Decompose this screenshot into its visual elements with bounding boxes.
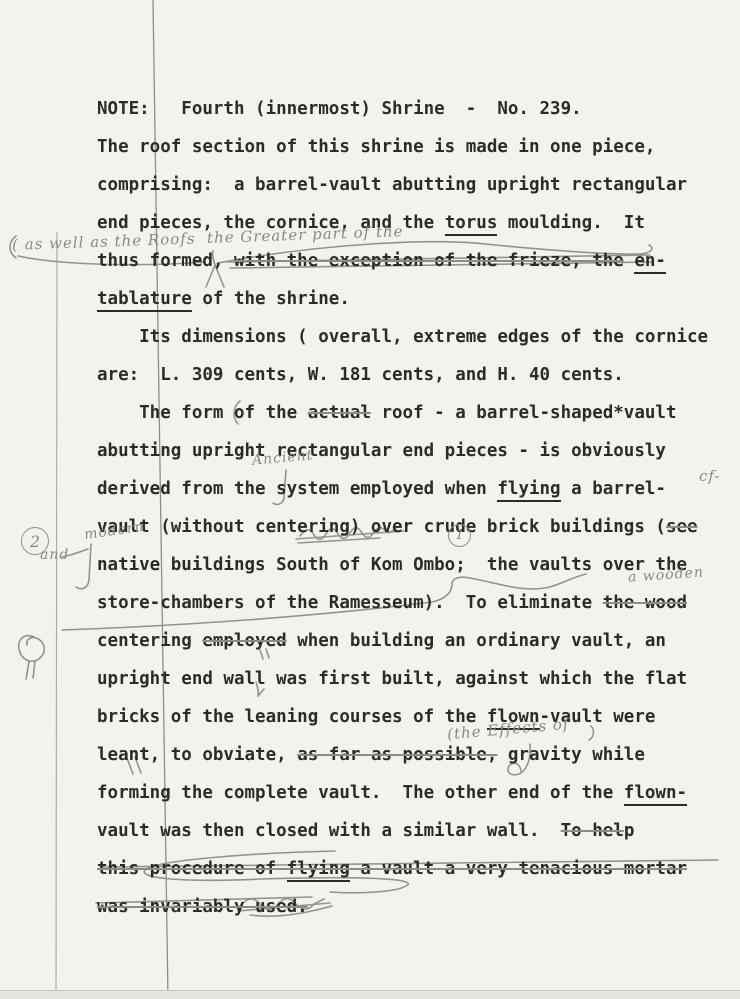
underlined-text: flying (497, 479, 560, 502)
typed-text (624, 251, 635, 271)
struck-underlined-text: flying (287, 859, 350, 882)
underlined-text: en- (634, 251, 666, 274)
typed-text: centering (97, 631, 202, 651)
typed-text: gravity while (497, 745, 645, 765)
typescript-line: derived from the system employed when fl… (97, 478, 666, 500)
typed-text: p (624, 821, 635, 841)
typescript-line: thus formed, with the exception of the f… (97, 250, 666, 272)
typed-text: vault was then closed with a similar wal… (97, 821, 561, 841)
typescript-line: tablature of the shrine. (97, 288, 350, 310)
typed-text: bricks of the leaning courses of the (97, 707, 487, 727)
typescript-line: centering employed when building an ordi… (97, 630, 666, 652)
typed-text: when building an ordinary vault, an (287, 631, 666, 651)
circled-number-mark: 2 (21, 527, 49, 555)
typed-text: native buildings South of Kom Ombo; the … (97, 555, 687, 575)
page-bottom-edge (0, 990, 740, 999)
underlined-text: tablature (97, 289, 192, 312)
typed-text: are: L. 309 cents, W. 181 cents, and H. … (97, 365, 624, 385)
struck-text: as far as possible, (297, 745, 497, 765)
margin-rule-left (56, 232, 57, 999)
typed-text: roof - a barrel-shaped*vault (371, 403, 677, 423)
typescript-line: abutting upright rectangular end pieces … (97, 440, 666, 462)
struck-text: the wood (603, 593, 687, 613)
typescript-line: native buildings South of Kom Ombo; the … (97, 554, 687, 576)
typed-text: thus formed, (97, 251, 234, 271)
typed-text: moulding. It (497, 213, 645, 233)
typed-text: NOTE: Fourth (innermost) Shrine - No. 23… (97, 99, 582, 119)
typed-text: store-chambers of the Ramesseum). To eli… (97, 593, 603, 613)
typescript-line: forming the complete vault. The other en… (97, 782, 687, 804)
typed-text: a barrel- (561, 479, 666, 499)
typescript-line: leant, to obviate, as far as possible, g… (97, 744, 645, 766)
underlined-text: flown- (624, 783, 687, 806)
typescript-line: NOTE: Fourth (innermost) Shrine - No. 23… (97, 98, 582, 120)
underlined-text: torus (445, 213, 498, 236)
typescript-line: bricks of the leaning courses of the flo… (97, 706, 655, 728)
circled-number-mark: 1 (448, 524, 471, 547)
typed-text: vault (without centering) over crude bri… (97, 517, 666, 537)
typed-text: leant, to obviate, (97, 745, 297, 765)
typescript-line: this procedure of flying a vault a very … (97, 858, 687, 880)
typescript-line: The roof section of this shrine is made … (97, 136, 655, 158)
struck-text: employed (202, 631, 286, 651)
typed-text: of the shrine. (192, 289, 350, 309)
struck-text: a vault a very tenacious mortar (350, 859, 687, 879)
typescript-line: vault (without centering) over crude bri… (97, 516, 698, 538)
typed-text: Its dimensions ( overall, extreme edges … (97, 327, 708, 347)
typescript-line: Its dimensions ( overall, extreme edges … (97, 326, 708, 348)
typescript-line: The form of the actual roof - a barrel-s… (97, 402, 676, 424)
struck-text: To hel (561, 821, 624, 841)
typescript-line: upright end wall was first built, agains… (97, 668, 687, 690)
typed-text: The roof section of this shrine is made … (97, 137, 655, 157)
struck-text: was invariably used. (97, 897, 308, 917)
typed-text: derived from the system employed when (97, 479, 497, 499)
typescript-page: NOTE: Fourth (innermost) Shrine - No. 23… (0, 0, 740, 999)
struck-text: actual (308, 403, 371, 423)
typescript-line: store-chambers of the Ramesseum). To eli… (97, 592, 687, 614)
typescript-line: comprising: a barrel-vault abutting upri… (97, 174, 687, 196)
handwritten-annotation-insert-cf: cf- (699, 467, 721, 485)
typescript-line: vault was then closed with a similar wal… (97, 820, 634, 842)
typed-text: comprising: a barrel-vault abutting upri… (97, 175, 687, 195)
typescript-line: are: L. 309 cents, W. 181 cents, and H. … (97, 364, 624, 386)
typed-text: abutting upright rectangular end pieces … (97, 441, 666, 461)
struck-text: this procedure of (97, 859, 287, 879)
pilcrow-mark (19, 636, 44, 679)
typed-text: forming the complete vault. The other en… (97, 783, 624, 803)
typescript-line: was invariably used. (97, 896, 308, 918)
struck-text: with the exception of the frieze, the (234, 251, 624, 271)
typed-text: The form of the (97, 403, 308, 423)
typed-text: upright end wall was first built, agains… (97, 669, 687, 689)
struck-text: see (666, 517, 698, 537)
